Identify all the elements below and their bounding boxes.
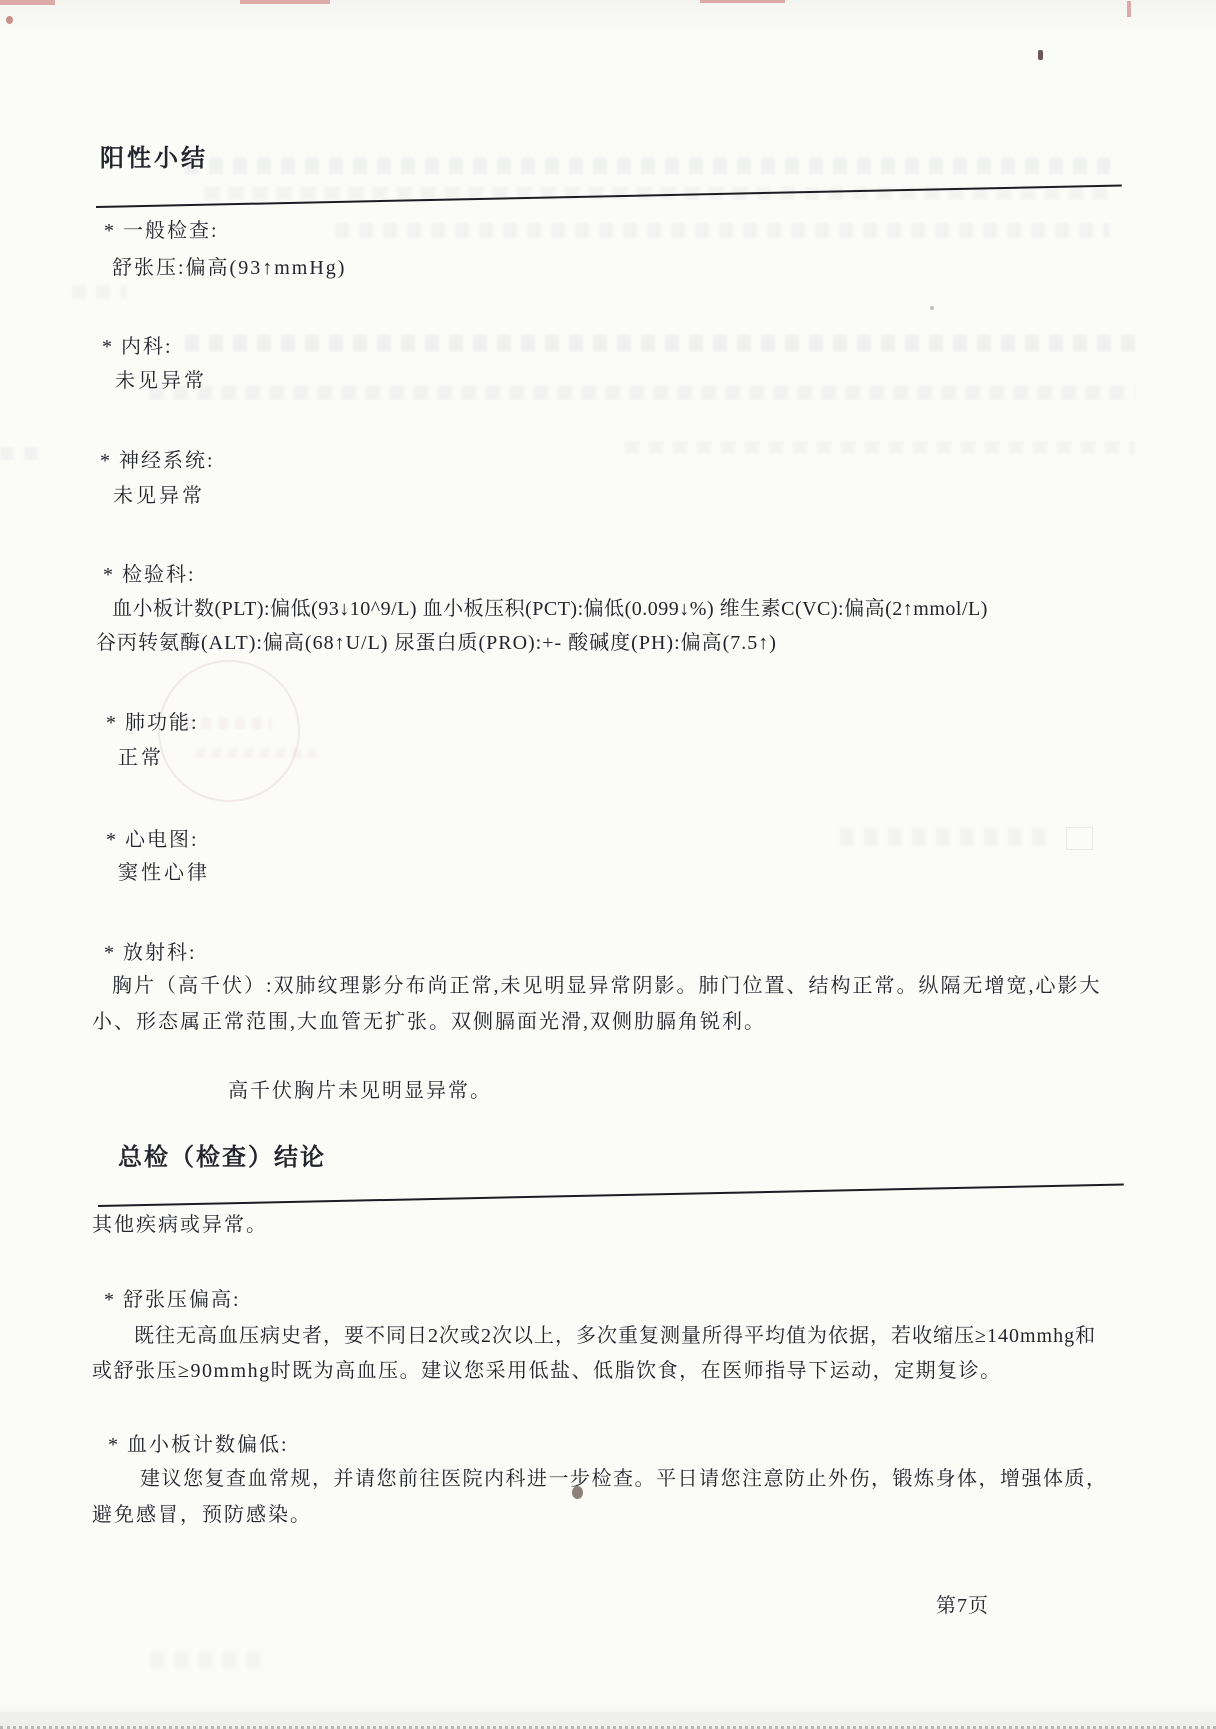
bleedthrough-line bbox=[185, 158, 1110, 174]
bleedthrough-line bbox=[840, 828, 1055, 846]
conclusion-lead: 其他疾病或异常。 bbox=[92, 1213, 268, 1238]
section-label-ecg: * 心电图: bbox=[106, 828, 199, 853]
radiology-conclusion: 高千伏胸片未见明显异常。 bbox=[228, 1079, 492, 1104]
bleedthrough-line bbox=[185, 335, 1135, 352]
conclusion-item-bp-line-1: 既往无高血压病史者，要不同日2次或2次以上，多次重复测量所得平均值为依据，若收缩… bbox=[134, 1324, 1096, 1349]
bleedthrough-line bbox=[335, 223, 1110, 238]
section-line-lab-2: 谷丙转氨酶(ALT):偏高(68↑U/L) 尿蛋白质(PRO):+- 酸碱度(P… bbox=[96, 631, 777, 656]
scanned-report-page: 阳性小结 * 一般检查: 舒张压:偏高(93↑mmHg) * 内科: 未见异常 … bbox=[0, 0, 1216, 1729]
section-label-internal: * 内科: bbox=[102, 335, 173, 360]
conclusion-item-bp-label: * 舒张压偏高: bbox=[104, 1288, 241, 1313]
conclusion-item-plt-label: * 血小板计数偏低: bbox=[108, 1433, 289, 1458]
scan-speck bbox=[6, 16, 13, 24]
bleedthrough-page-number bbox=[150, 1652, 270, 1668]
scan-bottom-edge bbox=[0, 1712, 1216, 1729]
bleedthrough-line bbox=[150, 385, 1135, 400]
scan-speck bbox=[1038, 50, 1043, 60]
section-label-lab: * 检验科: bbox=[103, 563, 196, 588]
scan-artifact bbox=[700, 0, 785, 3]
section-label-radiology: * 放射科: bbox=[104, 941, 197, 966]
conclusion-item-plt-line-1: 建议您复查血常规，并请您前往医院内科进一步检查。平日请您注意防止外伤，锻炼身体，… bbox=[140, 1467, 1108, 1492]
section-line-radiology-1: 胸片（高千伏）:双肺纹理影分布尚正常,未见明显异常阴影。肺门位置、结构正常。纵隔… bbox=[112, 974, 1102, 999]
final-conclusion-title: 总检（检查）结论 bbox=[118, 1143, 326, 1173]
section-label-lung: * 肺功能: bbox=[106, 711, 199, 736]
conclusion-item-plt-line-2: 避免感冒，预防感染。 bbox=[92, 1503, 312, 1528]
conclusion-rule bbox=[98, 1184, 1124, 1207]
bleedthrough-box bbox=[1066, 827, 1093, 850]
section-line-ecg: 窦性心律 bbox=[118, 861, 210, 886]
section-line-lab-1: 血小板计数(PLT):偏低(93↓10^9/L) 血小板压积(PCT):偏低(0… bbox=[112, 597, 988, 622]
scan-artifact bbox=[240, 0, 330, 4]
section-line-radiology-2: 小、形态属正常范围,大血管无扩张。双侧膈面光滑,双侧肋膈角锐利。 bbox=[92, 1010, 766, 1035]
conclusion-item-bp-line-2: 或舒张压≥90mmhg时既为高血压。建议您采用低盐、低脂饮食，在医师指导下运动，… bbox=[92, 1359, 1002, 1384]
section-line-general: 舒张压:偏高(93↑mmHg) bbox=[112, 256, 346, 281]
bleedthrough-line bbox=[0, 447, 38, 460]
section-line-lung: 正常 bbox=[118, 746, 164, 771]
stamp-ghost-text bbox=[196, 748, 316, 758]
page-number: 第7页 bbox=[936, 1594, 989, 1619]
section-line-neuro: 未见异常 bbox=[113, 484, 205, 509]
scan-speck bbox=[930, 306, 934, 310]
bleedthrough-line bbox=[72, 286, 127, 298]
section-label-general: * 一般检查: bbox=[104, 219, 219, 244]
section-label-neuro: * 神经系统: bbox=[100, 449, 215, 474]
positive-summary-title: 阳性小结 bbox=[100, 144, 208, 174]
scan-artifact bbox=[0, 0, 55, 5]
section-line-internal: 未见异常 bbox=[115, 369, 207, 394]
scan-artifact bbox=[1127, 1, 1131, 17]
bleedthrough-line bbox=[625, 441, 1135, 454]
